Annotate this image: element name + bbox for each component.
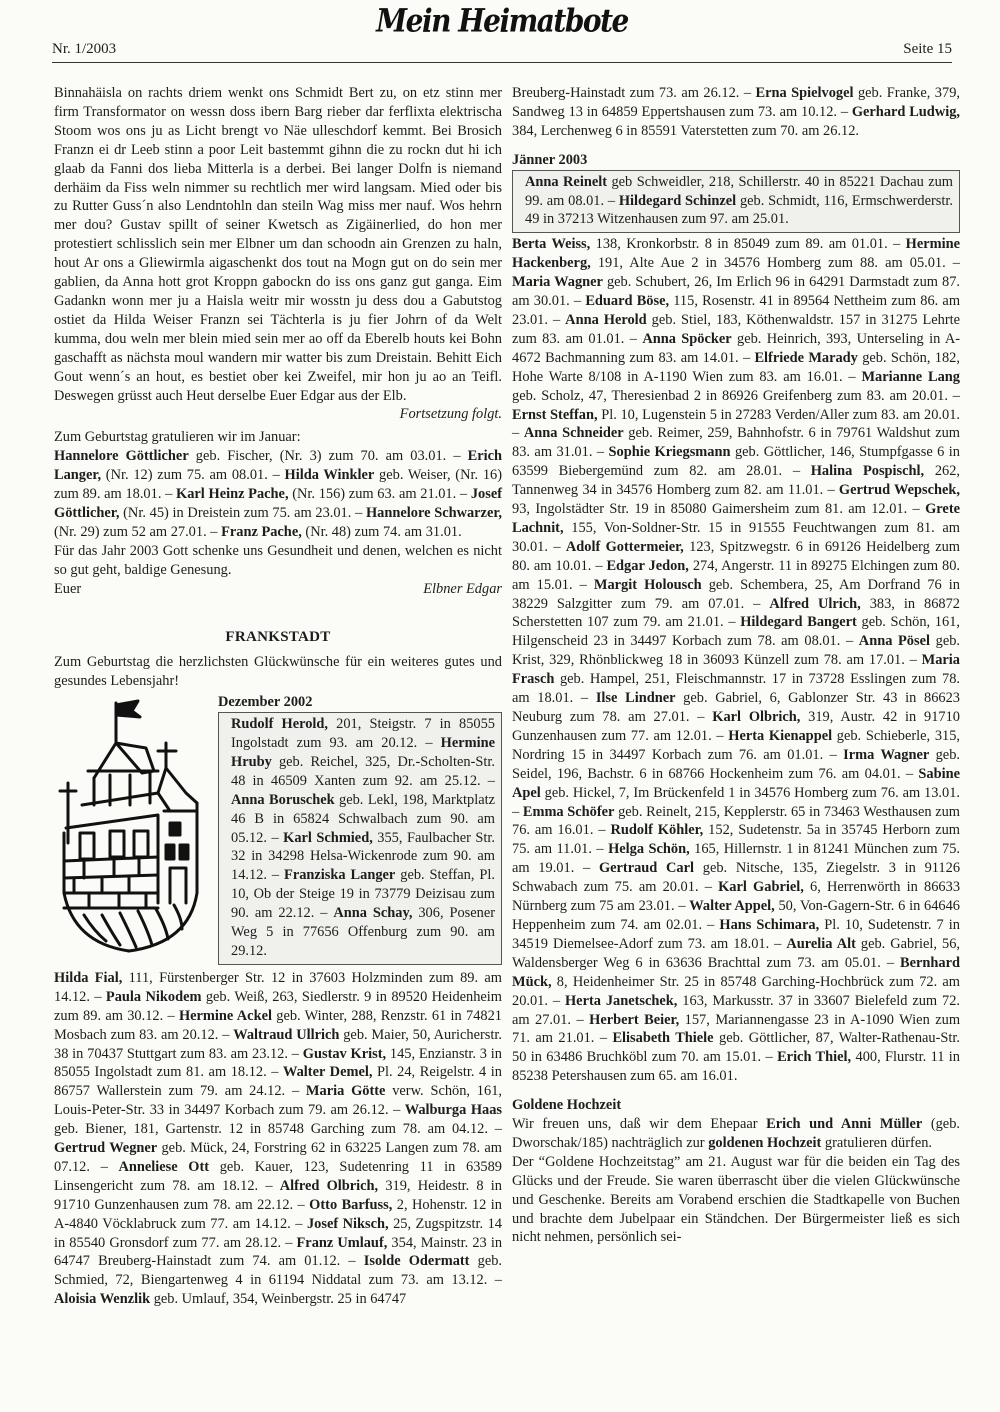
person-name: Anna Reinelt: [525, 174, 607, 190]
person-name: Maria Wagner: [512, 274, 603, 290]
frankstadt-feature: Dezember 2002 Rudolf Herold, 201, Steigs…: [54, 693, 502, 965]
person-name: Erna Spielvogel: [755, 85, 853, 101]
frankstadt-intro: Zum Geburtstag die herzlichsten Glückwün…: [54, 653, 502, 691]
person-name: Franz Pache,: [221, 524, 302, 540]
signature: Euer Elbner Edgar: [54, 580, 502, 599]
person-name: Herta Janetschek,: [565, 993, 677, 1009]
person-name: Karl Gabriel,: [718, 879, 804, 895]
person-name: Margit Holousch: [594, 577, 702, 593]
person-name: Hannelore Schwarzer,: [366, 505, 502, 521]
month-heading-dezember: Dezember 2002: [218, 693, 502, 712]
person-name: Marianne Lang: [861, 369, 960, 385]
person-details: 384, Lerchenweg 6 in 85591 Vaterstetten …: [512, 123, 859, 139]
person-details: geb. Fischer, (Nr. 3) zum 70. am 03.01. …: [189, 448, 468, 464]
section-title-frankstadt: FRANKSTADT: [54, 628, 502, 647]
signature-greeting: Euer: [54, 580, 81, 599]
person-name: Josef Niksch,: [307, 1216, 389, 1232]
person-details: geb. Scholz, 47, Theresienbad 2 in 86926…: [512, 388, 960, 404]
person-name: Hilda Winkler: [285, 467, 375, 483]
event-name: goldenen Hochzeit: [708, 1135, 821, 1151]
couple-name: Erich und Anni Müller: [766, 1116, 922, 1132]
person-name: Herta Kienappel: [728, 728, 832, 744]
person-name: Waltraud Ullrich: [233, 1027, 339, 1043]
person-name: Walter Demel,: [283, 1064, 372, 1080]
golden-wedding-paragraph-2: Der “Goldene Hochzeitstag” am 21. August…: [512, 1153, 960, 1248]
person-name: Sophie Kriegsmann: [609, 444, 731, 460]
person-name: Otto Barfuss,: [309, 1197, 392, 1213]
birthday-list-december: Hilda Fial, 111, Fürstenberger Str. 12 i…: [54, 969, 502, 1309]
person-name: Anna Pösel: [859, 633, 930, 649]
town-crest-illustration: [54, 693, 212, 965]
person-name: Emma Schöfer: [523, 804, 615, 820]
person-name: Ernst Steffan,: [512, 407, 598, 423]
person-name: Walburga Haas: [405, 1102, 502, 1118]
issue-number: Nr. 1/2003: [52, 41, 116, 58]
person-name: Elfriede Marady: [754, 350, 857, 366]
person-name: Aloisia Wenzlik: [54, 1291, 150, 1307]
highlight-box-january: Anna Reinelt geb Schweidler, 218, Schill…: [512, 170, 960, 234]
person-name: Alfred Ulrich,: [769, 596, 860, 612]
person-name: Hilda Fial,: [54, 970, 122, 986]
person-name: Hermine Ackel: [179, 1008, 272, 1024]
masthead-title: Mein Heimatbote: [376, 2, 628, 40]
wish-text: Für das Jahr 2003 Gott schenke uns Gesun…: [54, 542, 502, 580]
month-heading-jaenner: Jänner 2003: [512, 151, 960, 170]
person-name: Halina Pospischl,: [811, 463, 924, 479]
highlight-box-december: Rudolf Herold, 201, Steigstr. 7 in 85055…: [218, 712, 502, 965]
castle-crest-icon: [54, 693, 204, 955]
section-title-golden-wedding: Goldene Hochzeit: [512, 1096, 960, 1115]
page-header: Nr. 1/2003 Mein Heimatbote Seite 15: [52, 0, 952, 63]
person-name: Anna Spöcker: [642, 331, 731, 347]
person-details: 93, Ingolstädter Str. 19 in 85080 Gaimer…: [512, 501, 925, 517]
person-name: Hans Schimara,: [719, 917, 819, 933]
person-details: (Nr. 48) zum 74. am 31.01.: [302, 524, 462, 540]
person-name: Adolf Gottermeier,: [566, 539, 684, 555]
person-name: Hannelore Göttlicher: [54, 448, 189, 464]
birthday-list-january: Hannelore Göttlicher geb. Fischer, (Nr. …: [54, 447, 502, 542]
signature-name: Elbner Edgar: [423, 580, 502, 599]
person-name: Karl Heinz Pache,: [176, 486, 289, 502]
left-column: Binnahäisla on rachts driem wenkt ons Sc…: [54, 84, 502, 1309]
person-name: Anneliese Ott: [118, 1159, 209, 1175]
continued-note: Fortsetzung folgt.: [54, 405, 502, 424]
person-name: Alfred Olbrich,: [280, 1178, 378, 1194]
birthday-list-december-continued: Breuberg-Hainstadt zum 73. am 26.12. – E…: [512, 84, 960, 141]
person-details: geb. Biener, 181, Gartenstr. 12 in 85748…: [54, 1121, 502, 1137]
person-name: Karl Schmied,: [283, 830, 373, 846]
person-name: Isolde Odermatt: [364, 1253, 470, 1269]
person-details: (Nr. 156) zum 63. am 21.01. –: [289, 486, 471, 502]
right-column: Breuberg-Hainstadt zum 73. am 26.12. – E…: [512, 84, 960, 1247]
person-details: 138, Kronkorbstr. 8 in 85049 zum 89. am …: [590, 236, 905, 252]
person-name: Hildegard Bangert: [740, 614, 857, 630]
birthday-list-january-frankstadt: Berta Weiss, 138, Kronkorbstr. 8 in 8504…: [512, 235, 960, 1086]
person-name: Franziska Langer: [284, 867, 395, 883]
person-name: Elisabeth Thiele: [612, 1030, 713, 1046]
person-name: Ilse Lindner: [596, 690, 676, 706]
person-details: Breuberg-Hainstadt zum 73. am 26.12. –: [512, 85, 755, 101]
page-number: Seite 15: [903, 41, 952, 58]
person-name: Franz Umlauf,: [297, 1235, 388, 1251]
golden-wedding-paragraph-1: Wir freuen uns, daß wir dem Ehepaar Eric…: [512, 1115, 960, 1153]
person-name: Aurelia Alt: [786, 936, 856, 952]
person-name: Anna Schay,: [333, 905, 412, 921]
birthday-intro: Zum Geburtstag gratulieren wir im Januar…: [54, 428, 502, 447]
person-name: Berta Weiss,: [512, 236, 590, 252]
person-name: Gertrud Wepschek,: [839, 482, 960, 498]
person-details: (Nr. 45) in Dreistein zum 75. am 23.01. …: [119, 505, 366, 521]
december-section: Dezember 2002 Rudolf Herold, 201, Steigs…: [218, 693, 502, 965]
person-name: Gustav Krist,: [303, 1046, 386, 1062]
person-details: geb. Umlauf, 354, Weinbergstr. 25 in 647…: [150, 1291, 406, 1307]
person-name: Rudolf Herold,: [231, 716, 328, 732]
person-name: Herbert Beier,: [589, 1012, 679, 1028]
person-details: (Nr. 12) zum 75. am 08.01. –: [101, 467, 284, 483]
person-name: Walter Appel,: [689, 898, 774, 914]
person-name: Helga Schön,: [608, 841, 690, 857]
person-name: Rudolf Köhler,: [610, 822, 703, 838]
person-name: Paula Nikodem: [106, 989, 202, 1005]
person-name: Anna Schneider: [524, 425, 624, 441]
person-details: (Nr. 29) zum 52 am 27.01. –: [54, 524, 221, 540]
person-name: Eduard Böse,: [585, 293, 669, 309]
person-name: Maria Götte: [306, 1083, 386, 1099]
person-name: Hildegard Schinzel: [619, 193, 736, 209]
person-name: Gertraud Carl: [599, 860, 694, 876]
person-name: Gertrud Wegner: [54, 1140, 157, 1156]
person-name: Karl Olbrich,: [712, 709, 800, 725]
person-details: 191, Alte Aue 2 in 34576 Homberg zum 88.…: [591, 255, 960, 271]
person-name: Erich Thiel,: [777, 1049, 851, 1065]
person-name: Anna Herold: [565, 312, 647, 328]
person-name: Edgar Jedon,: [606, 558, 688, 574]
person-name: Irma Wagner: [843, 747, 929, 763]
dialect-text: Binnahäisla on rachts driem wenkt ons Sc…: [54, 84, 502, 405]
person-name: Anna Boruschek: [231, 792, 335, 808]
person-name: Gerhard Ludwig,: [852, 104, 960, 120]
